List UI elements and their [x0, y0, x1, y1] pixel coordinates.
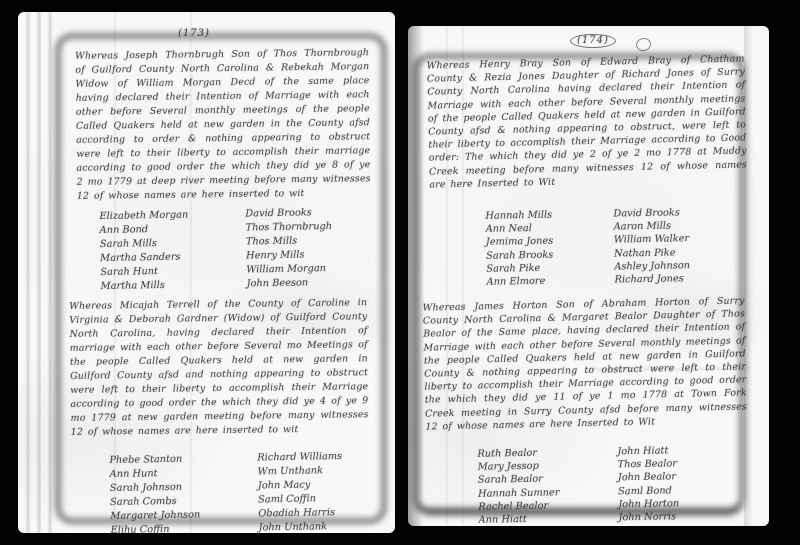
witness-name: Aaron Mills	[614, 219, 690, 234]
left-page: (173) Whereas Joseph Thornbrugh Son of T…	[18, 12, 395, 533]
witness-column-right: John HiattThos BealorJohn BealorSaml Bon…	[617, 444, 679, 524]
witness-name: Ann Hiatt	[478, 511, 618, 526]
witness-name: David Brooks	[245, 206, 332, 222]
ink-mark-icon	[635, 37, 652, 53]
witness-name: John Horton	[618, 497, 679, 511]
witness-name: Richard Williams	[257, 450, 342, 465]
witness-name: Obadiah Harris	[258, 506, 343, 521]
page-number-oval: (174)	[570, 34, 616, 48]
witness-column-right: Richard WilliamsWm UnthankJohn MacySaml …	[257, 450, 343, 533]
page-number-left: (173)	[178, 28, 210, 39]
page-stack-edge	[18, 12, 56, 533]
right-page: (174) Whereas Henry Bray Son of Edward B…	[408, 26, 769, 526]
witness-name: John Norris	[618, 510, 679, 524]
witness-column-left: Phebe StantonAnn HuntSarah JohnsonSarah …	[109, 451, 258, 533]
witness-column-left: Elizabeth MorganAnn BondSarah MillsMarth…	[99, 207, 246, 294]
witness-name: Ann Elmore	[486, 274, 614, 289]
witness-name: John Bealor	[618, 471, 679, 485]
witness-name: Thos Thornbrugh	[246, 220, 333, 236]
witness-list: Ruth BealorMary JessopSarah BealorHannah…	[477, 444, 679, 526]
marriage-record-bray: Whereas Henry Bray Son of Edward Bray of…	[427, 52, 748, 191]
marriage-record-terrell: Whereas Micajah Terrell of the County of…	[69, 296, 369, 440]
witness-name: John Unthank	[258, 520, 343, 533]
page-number-right: (174)	[570, 34, 616, 48]
witness-name: Thos Bealor	[618, 457, 679, 471]
witness-name: David Brooks	[613, 206, 689, 221]
witness-list: Hannah MillsAnn NealJemima JonesSarah Br…	[485, 206, 690, 289]
witness-name: John Beeson	[246, 276, 333, 292]
witness-list: Phebe StantonAnn HuntSarah JohnsonSarah …	[109, 450, 343, 533]
witness-name: Ashley Johnson	[614, 259, 690, 274]
witness-name: Henry Mills	[246, 248, 333, 264]
witness-name: Wm Unthank	[258, 464, 343, 479]
marriage-record-horton: Whereas James Horton Son of Abraham Hort…	[423, 294, 748, 433]
scanned-book-spread: (173) Whereas Joseph Thornbrugh Son of T…	[0, 0, 800, 545]
witness-column-right: David BrooksAaron MillsWilliam WalkerNat…	[613, 206, 690, 287]
witness-name: John Macy	[258, 478, 343, 493]
witness-name: Elihu Coffin	[111, 521, 259, 533]
witness-name: William Walker	[614, 233, 690, 248]
witness-name: William Morgan	[246, 262, 333, 278]
witness-name: Saml Coffin	[258, 492, 343, 507]
witness-column-left: Hannah MillsAnn NealJemima JonesSarah Br…	[485, 208, 614, 289]
witness-column-right: David BrooksThos ThornbrughThos MillsHen…	[245, 206, 333, 291]
witness-list: Elizabeth MorganAnn BondSarah MillsMarth…	[99, 206, 333, 294]
witness-name: Saml Bond	[618, 484, 679, 498]
page-margin-edge	[744, 26, 769, 526]
witness-name: Thos Mills	[246, 234, 333, 250]
marriage-record-thornbrugh: Whereas Joseph Thornbrugh Son of Thos Th…	[75, 46, 371, 204]
witness-name: Richard Jones	[614, 272, 690, 287]
witness-name: Nathan Pike	[614, 246, 690, 261]
witness-name: John Hiatt	[617, 444, 678, 458]
witness-name: Martha Mills	[101, 277, 247, 294]
witness-column-left: Ruth BealorMary JessopSarah BealorHannah…	[477, 445, 618, 526]
